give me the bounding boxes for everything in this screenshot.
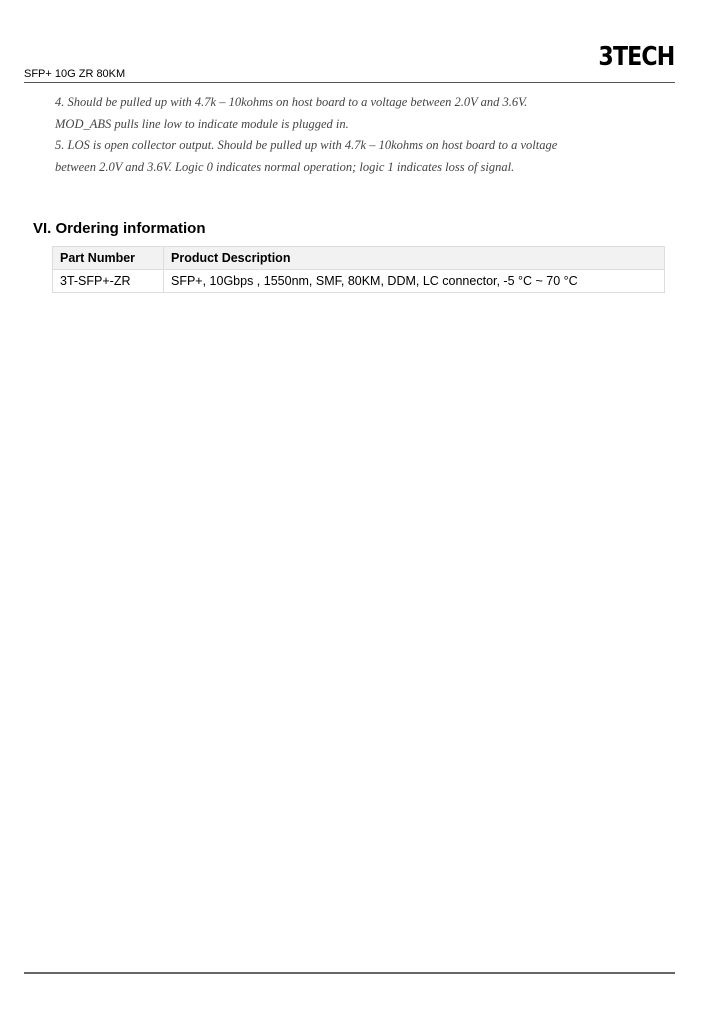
table-header-row: Part Number Product Description: [53, 247, 665, 270]
table-row: 3T-SFP+-ZR SFP+, 10Gbps , 1550nm, SMF, 8…: [53, 270, 665, 293]
header-divider: [24, 82, 675, 83]
note-line: between 2.0V and 3.6V. Logic 0 indicates…: [55, 157, 557, 179]
section-heading: VI. Ordering information: [33, 220, 206, 237]
part-number-cell: 3T-SFP+-ZR: [53, 270, 164, 293]
note-line: MOD_ABS pulls line low to indicate modul…: [55, 114, 557, 136]
footer-divider: [24, 972, 675, 974]
note-line: 4. Should be pulled up with 4.7k – 10koh…: [55, 92, 557, 114]
ordering-table: Part Number Product Description 3T-SFP+-…: [52, 246, 665, 293]
column-header-description: Product Description: [164, 247, 665, 270]
document-title: SFP+ 10G ZR 80KM: [24, 68, 125, 80]
description-cell: SFP+, 10Gbps , 1550nm, SMF, 80KM, DDM, L…: [164, 270, 665, 293]
notes-block: 4. Should be pulled up with 4.7k – 10koh…: [55, 92, 557, 178]
note-line: 5. LOS is open collector output. Should …: [55, 135, 557, 157]
column-header-part-number: Part Number: [53, 247, 164, 270]
brand-logo: 3TECH: [598, 42, 674, 72]
